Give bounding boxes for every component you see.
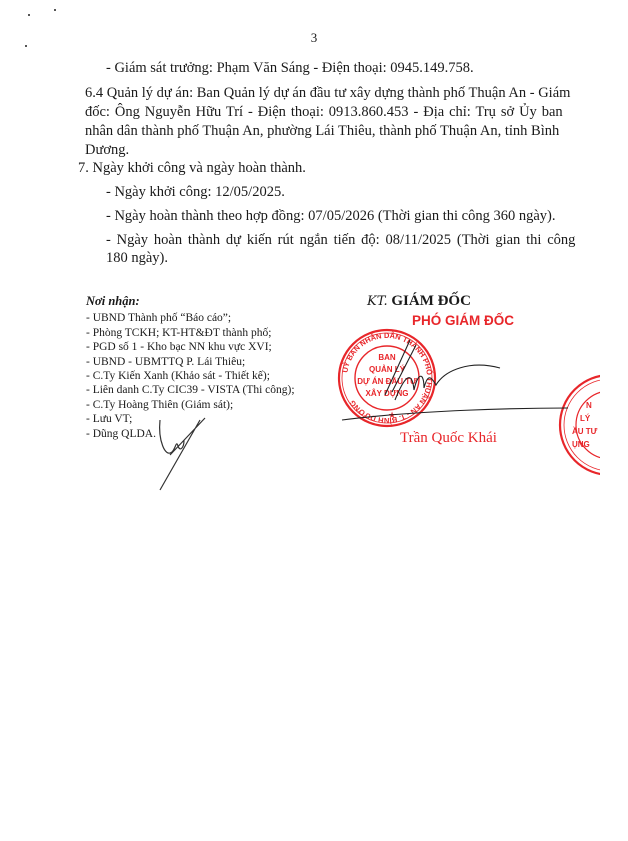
- signer-name: Trần Quốc Khái: [400, 430, 497, 447]
- stamp-line: BAN: [378, 353, 396, 362]
- svg-text:LÝ: LÝ: [580, 414, 591, 423]
- official-stamp: UỶ BAN NHÂN DÂN THÀNH PHỐ THUẬN AN - T. …: [0, 0, 628, 841]
- svg-text:N: N: [586, 401, 592, 410]
- stamp-line: QUẢN LÝ: [369, 365, 406, 374]
- svg-text:ẦU TƯ: ẦU TƯ: [572, 426, 598, 436]
- svg-text:ỤNG: ỤNG: [572, 440, 590, 449]
